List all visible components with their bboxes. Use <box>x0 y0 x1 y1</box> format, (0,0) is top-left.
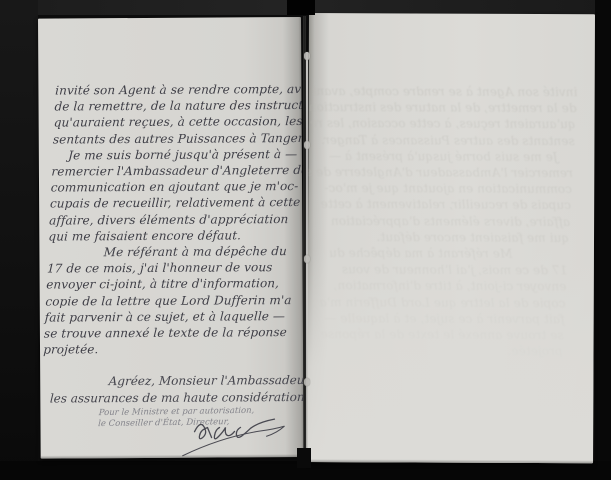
handwritten-line: qu'auraient reçues, à cette occasion, le… <box>53 113 303 131</box>
handwritten-line: projetée. <box>316 342 563 359</box>
closing-line-2: les assurances de ma haute considération… <box>50 389 301 407</box>
handwritten-line: sentants des autres Puissances à Tanger. <box>328 132 575 149</box>
handwritten-line: 17 de ce mois, j'ai l'honneur de vous <box>321 261 568 278</box>
handwritten-line: qu'auraient reçues, à cette occasion, le… <box>329 115 576 132</box>
binding-stitch-knot <box>304 378 310 386</box>
gutter-gap-top <box>287 0 315 15</box>
handwritten-signature-icon <box>180 409 300 459</box>
binding-stitch-knot <box>304 52 310 60</box>
handwritten-line: de la remettre, de la nature des instruc… <box>330 99 577 116</box>
handwritten-line: qui me faisaient encore défaut. <box>323 229 570 246</box>
scan-background: { "scan": { "description": "Archival sca… <box>0 0 611 480</box>
right-page-blank: invité son Agent à se rendre compte, ava… <box>307 13 595 463</box>
letter-body: invité son Agent à se rendre compte, ava… <box>43 81 304 358</box>
handwritten-line: affaire, divers éléments d'appréciation <box>49 211 300 229</box>
handwritten-line: invité son Agent à se rendre compte, ava… <box>331 83 578 100</box>
handwritten-line: cupais de recueillir, relativement à cet… <box>325 196 572 213</box>
handwritten-line: copie de la lettre que Lord Dufferin m'a <box>45 292 296 310</box>
handwritten-line: invité son Agent à se rendre compte, ava… <box>55 81 304 99</box>
handwritten-line: fait parvenir à ce sujet, et à laquelle … <box>44 308 295 326</box>
handwritten-line: communication en ajoutant que je m'oc- <box>50 178 301 196</box>
binding-thread <box>306 52 308 448</box>
handwritten-line: fait parvenir à ce sujet, et à laquelle … <box>318 310 565 327</box>
handwritten-line: se trouve annexé le texte de la réponse <box>44 324 295 342</box>
scanner-bed-right-band <box>595 0 611 480</box>
handwritten-line: Je me suis borné jusqu'à présent à — <box>68 146 303 164</box>
handwritten-line: envoyer ci-joint, à titre d'information, <box>320 277 567 294</box>
gutter-gap-bottom <box>297 448 311 468</box>
letter-closing: Agréez, Monsieur l'Ambassadeur, les assu… <box>50 372 302 407</box>
handwritten-line: Me référant à ma dépêche du <box>322 245 513 262</box>
handwritten-line: copie de la lettre que Lord Dufferin m'a <box>319 294 566 311</box>
binding-stitch-knot <box>304 255 310 263</box>
handwritten-line: cupais de recueillir, relativement à cet… <box>50 194 301 212</box>
handwritten-line: envoyer ci-joint, à titre d'information, <box>46 275 297 293</box>
handwritten-line: projetée. <box>43 340 294 358</box>
handwritten-line: Me référant à ma dépêche du <box>103 243 298 260</box>
handwritten-line: Je me suis borné jusqu'à présent à — <box>327 148 558 165</box>
handwritten-line: sentants des autres Puissances à Tanger. <box>53 130 304 148</box>
handwritten-line: de la remettre, de la nature des instruc… <box>54 97 304 115</box>
handwritten-line: se trouve annexé le texte de la réponse <box>317 326 564 343</box>
handwritten-line: 17 de ce mois, j'ai l'honneur de vous <box>47 259 298 277</box>
closing-line-1: Agréez, Monsieur l'Ambassadeur, <box>108 372 301 390</box>
handwritten-line: communication en ajoutant que je m'oc- <box>325 180 572 197</box>
left-page: invité son Agent à se rendre compte, ava… <box>38 17 304 459</box>
handwritten-line: remercier l'Ambassadeur d'Angleterre de … <box>51 162 302 180</box>
handwritten-line: affaire, divers éléments d'appréciation <box>324 213 571 230</box>
handwritten-line: remercier l'Ambassadeur d'Angleterre de … <box>326 164 573 181</box>
scanner-bed-left-band <box>0 0 38 480</box>
bleed-through-text: invité son Agent à se rendre compte, ava… <box>316 83 578 359</box>
handwritten-line: qui me faisaient encore défaut. <box>48 227 299 245</box>
binding-stitch-knot <box>304 141 310 149</box>
